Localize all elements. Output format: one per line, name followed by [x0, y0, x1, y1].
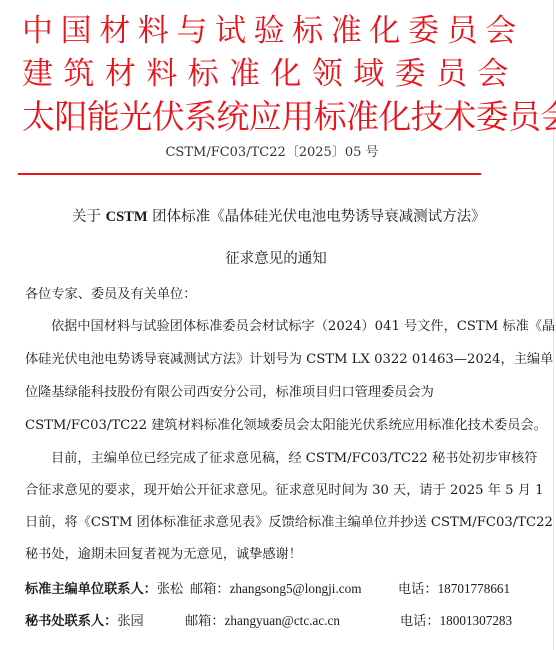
phone-label: 电话：: [400, 614, 440, 629]
header-org-line-3: 太阳能光伏系统应用标准化技术委员会: [22, 98, 482, 136]
document-number: CSTM/FC03/TC22〔2025〕05 号: [0, 141, 556, 160]
body-line: 合征求意见的要求，现开始公开征求意见。征求意见时间为 30 天，请于 2025 …: [25, 482, 543, 500]
header-org-line-2: 建筑材料标准化领域委员会: [22, 55, 482, 93]
notice-title: 关于 CSTM 团体标准《晶体硅光伏电池电势诱导衰减测试方法》: [72, 205, 486, 226]
body-line: 位隆基绿能科技股份有限公司西安分公司，标准项目归口管理委员会为: [25, 384, 434, 402]
phone-label: 电话：: [398, 582, 438, 597]
document-number-text: CSTM/FC03/TC22〔2025〕05 号: [165, 145, 378, 160]
contact-editor: 标准主编单位联系人：张松: [25, 578, 183, 597]
email-label: 邮箱：: [190, 582, 230, 597]
contact-secretariat-label: 秘书处联系人：: [25, 614, 117, 629]
notice-subtitle: 征求意见的通知: [0, 247, 556, 268]
body-line: 体硅光伏电池电势诱导衰减测试方法》计划号为 CSTM LX 0322 01463…: [25, 351, 553, 369]
notice-subtitle-text: 征求意见的通知: [225, 251, 327, 267]
contact-secretariat: 秘书处联系人：张园: [25, 610, 144, 629]
notice-title-bold: CSTM: [106, 209, 148, 225]
email-label: 邮箱：: [185, 614, 225, 629]
header-red-divider: [18, 173, 481, 175]
email-address[interactable]: zhangyuan@ctc.ac.cn: [225, 613, 340, 628]
salutation: 各位专家、委员及有关单位：: [25, 286, 196, 304]
body-line: 目前，主编单位已经完成了征求意见稿，经 CSTM/FC03/TC22 秘书处初步…: [51, 450, 537, 468]
notice-title-prefix: 关于: [72, 209, 101, 225]
contact-editor-email: 邮箱：zhangsong5@longji.com: [190, 578, 361, 597]
phone-number: 18701778661: [438, 581, 511, 596]
body-line: 依据中国材料与试验团体标准委员会材试标字（2024）041 号文件，CSTM 标…: [51, 318, 555, 336]
notice-title-rest: 团体标准《晶体硅光伏电池电势诱导衰减测试方法》: [152, 209, 486, 225]
body-line: CSTM/FC03/TC22 建筑材料标准化领域委员会太阳能光伏系统应用标准化技…: [25, 417, 547, 435]
header-org-line-1: 中国材料与试验标准化委员会: [22, 12, 482, 50]
email-address[interactable]: zhangsong5@longji.com: [230, 581, 362, 596]
phone-number: 18001307283: [440, 613, 513, 628]
contact-editor-label: 标准主编单位联系人：: [25, 582, 157, 597]
body-line: 日前，将《CSTM 团体标准征求意见表》反馈给标准主编单位并抄送 CSTM/FC…: [25, 514, 553, 532]
contact-secretariat-name: 张园: [117, 614, 143, 629]
contact-editor-phone: 电话：18701778661: [398, 578, 510, 597]
contact-editor-name: 张松: [157, 582, 183, 597]
contact-secretariat-email: 邮箱：zhangyuan@ctc.ac.cn: [185, 610, 340, 629]
contact-secretariat-phone: 电话：18001307283: [400, 610, 512, 629]
body-line: 秘书处，逾期未回复者视为无意见，诚挚感谢！: [25, 546, 302, 564]
